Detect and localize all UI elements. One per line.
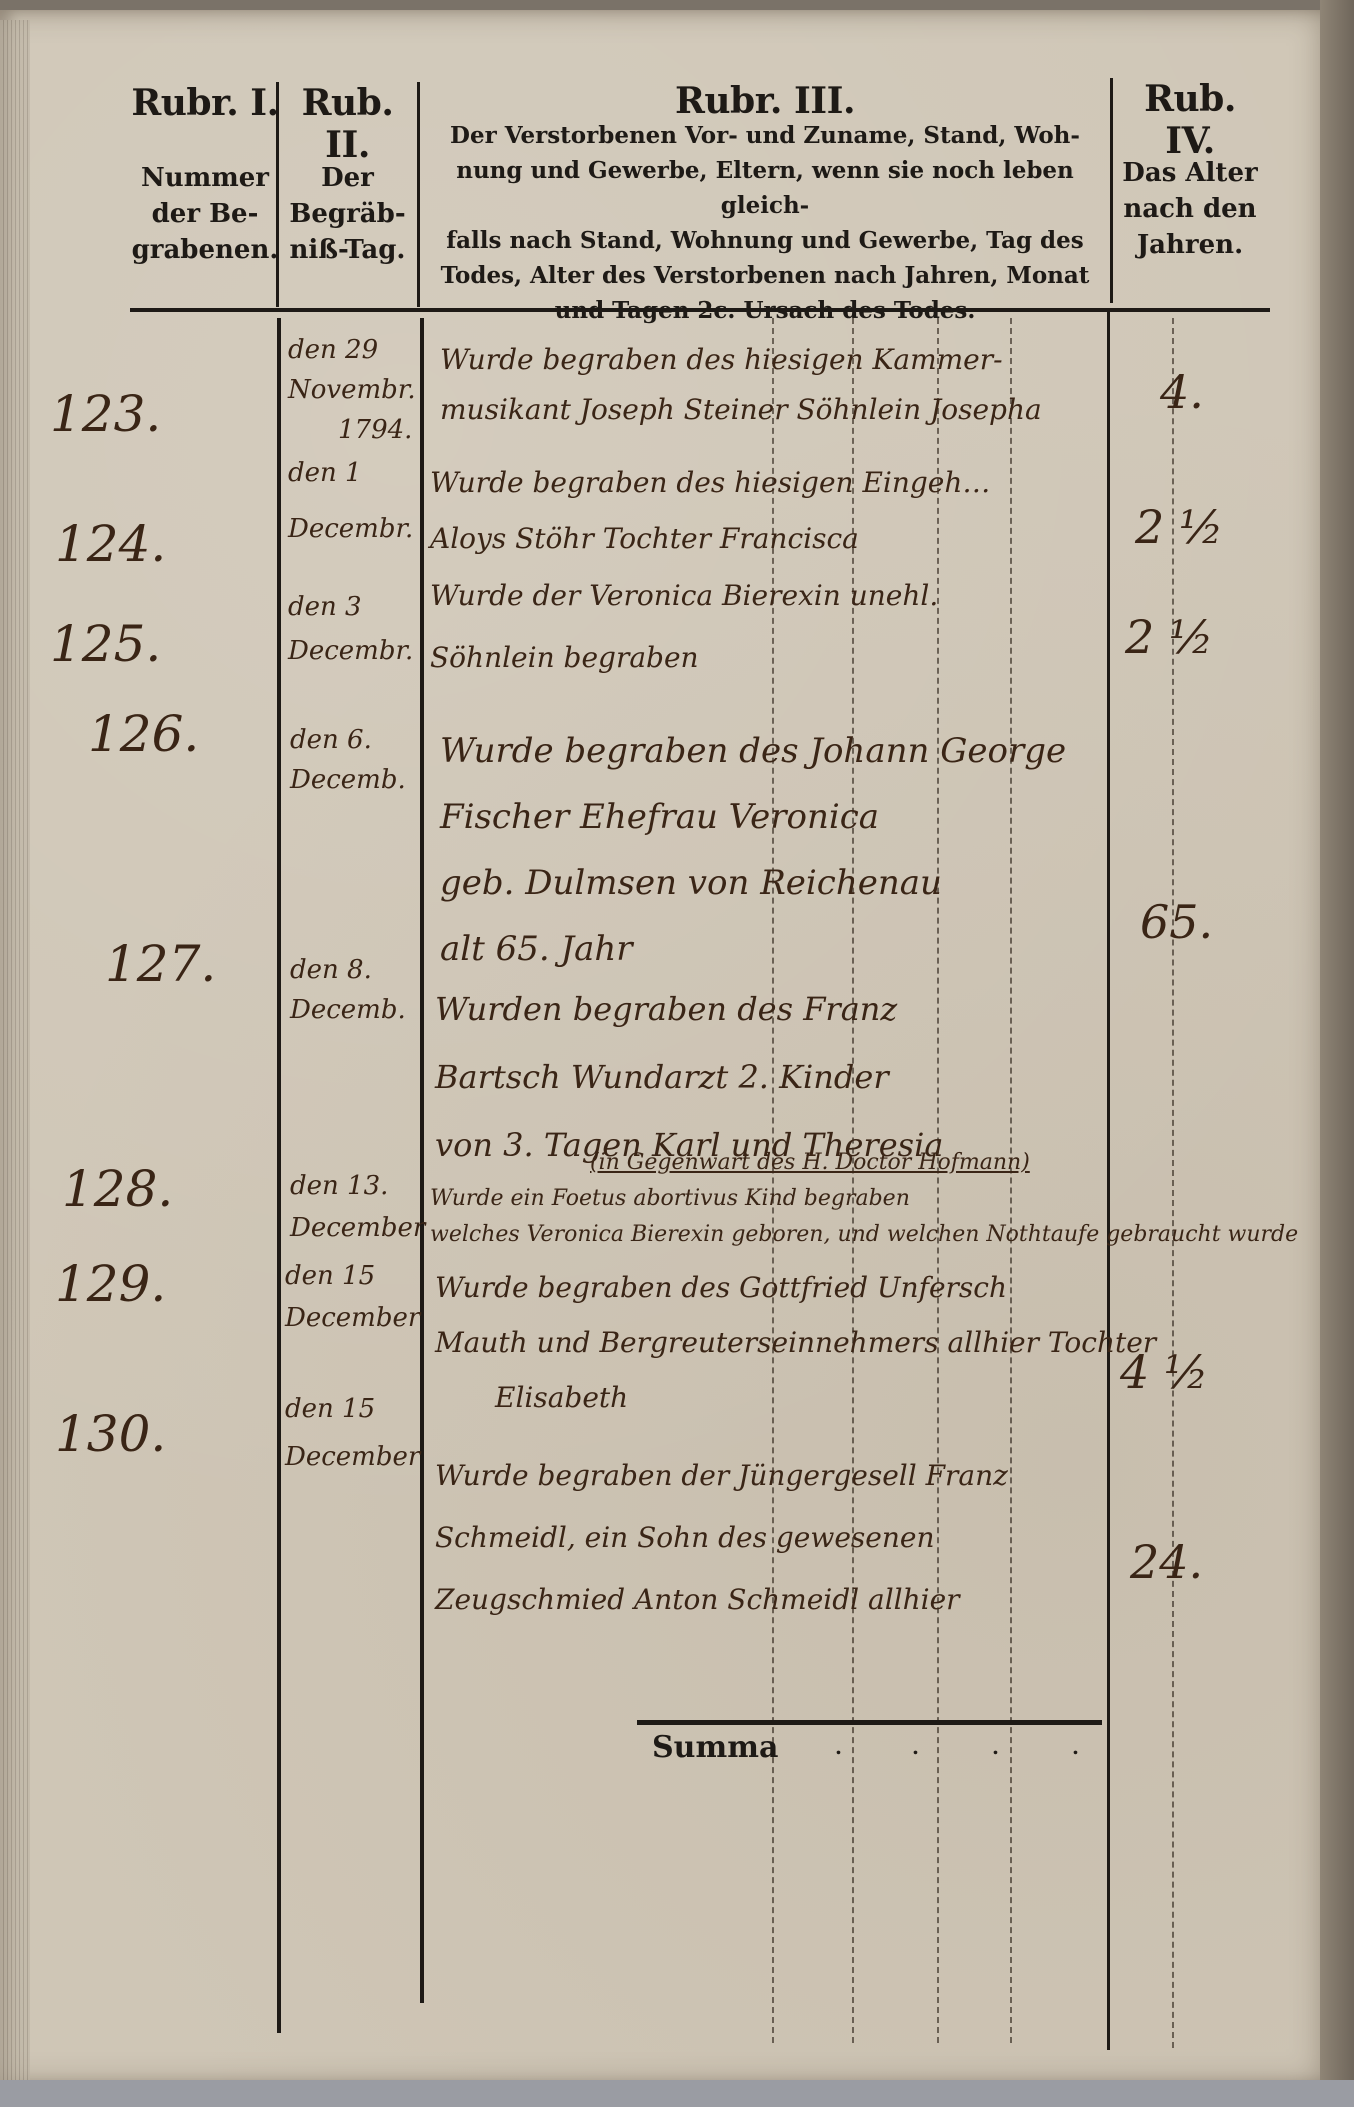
entry-date: den 15 December [285,1255,420,1339]
entry-date: den 6. Decemb. [290,720,406,800]
rubric-3-title: Rubr. III. [420,80,1110,122]
date-line: December [290,1207,425,1249]
entry-age: 24. [1130,1535,1203,1589]
text-line: Wurde der Veronica Bierexin unehl. [430,565,938,627]
text-line: Aloys Stöhr Tochter Francisca [430,511,990,567]
text-line: musikant Joseph Steiner Söhnlein Josepha [440,385,1042,435]
text-line: Wurde begraben der Jüngergesell Franz [435,1445,1008,1507]
rubric-2-title: Rub. II. [280,82,415,166]
text-line: Söhnlein begraben [430,627,938,689]
date-line: Decembr. [288,629,413,673]
text-line: Fischer Ehefrau Veronica [440,784,1066,850]
entry-number: 124. [55,515,166,573]
label-line: falls nach Stand, Wohnung und Gewerbe, T… [420,223,1110,258]
entry-text: Wurde begraben der Jüngergesell Franz Sc… [435,1445,1008,1631]
text-line: Wurde ein Foetus abortivus Kind begraben [430,1181,1298,1217]
label-line: grabenen. [130,232,280,268]
date-line: Decemb. [290,990,406,1030]
entry-number: 129. [55,1255,166,1313]
entry-number: 123. [50,385,161,443]
entry-text: Wurde begraben des hiesigen Kammer- musi… [440,335,1042,435]
entry-text: Wurde begraben des Gottfried Unfersch Ma… [435,1260,1156,1425]
text-line: welches Veronica Bierexin geboren, und w… [430,1217,1298,1253]
book-right-edge [1320,0,1354,2085]
entry-text: Wurde der Veronica Bierexin unehl. Söhnl… [430,565,938,689]
label-line: Todes, Alter des Verstorbenen nach Jahre… [420,258,1110,293]
label-line: niß-Tag. [280,232,415,268]
entry-date: den 13. December [290,1165,425,1249]
text-line: Wurde begraben des hiesigen Eingeh… [430,455,990,511]
date-line: Novembr. [288,370,416,410]
date-line: den 15 [285,1385,420,1433]
text-line: alt 65. Jahr [440,916,1066,982]
label-line: Nummer [130,160,280,196]
entry-age: 4. [1160,365,1204,419]
page-stack-edge [0,20,30,2080]
label-line: Der [280,160,415,196]
column-rule [277,318,281,2033]
summa-dot: . [992,1735,999,1759]
entry-age: 4 ½ [1120,1345,1208,1399]
text-line: Wurden begraben des Franz [435,975,943,1043]
summa-dot: . [912,1735,919,1759]
date-line: den 13. [290,1165,425,1207]
text-line: Zeugschmied Anton Schmeidl allhier [435,1569,1008,1631]
label-line: der Be- [130,196,280,232]
entry-date: den 29 Novembr. 1794. [288,330,416,450]
summa-dot: . [835,1735,842,1759]
date-line: den 1 [288,445,413,501]
rubric-4-label: Das Alter nach den Jahren. [1115,155,1265,263]
entry-number: 126. [88,705,199,763]
entry-age: 65. [1140,895,1213,949]
header-divider [1110,78,1113,303]
text-line: (in Gegenwart des H. Doctor Hofmann) [430,1145,1298,1181]
date-line: den 8. [290,950,406,990]
rubric-1-title: Rubr. I. [130,82,280,124]
date-line: December [285,1297,420,1339]
date-line: den 6. [290,720,406,760]
date-line: den 3 [288,585,413,629]
summa-rule [637,1720,1102,1725]
date-line: Decembr. [288,501,413,557]
column-rule [420,318,424,2003]
entry-date: den 1 Decembr. [288,445,413,557]
entry-text: Wurde begraben des Johann George Fischer… [440,718,1066,982]
header-divider [417,82,420,307]
label-line: Das Alter [1115,155,1265,191]
entry-age: 2 ½ [1125,610,1213,664]
summa-dot: . [1072,1735,1079,1759]
text-line: geb. Dulmsen von Reichenau [440,850,1066,916]
table-surface [0,2080,1354,2107]
summa-label: Summa [652,1730,778,1765]
date-line: 1794. [288,410,416,450]
entry-number: 125. [50,615,161,673]
header-rule [130,308,1270,312]
text-line: Elisabeth [435,1370,1156,1425]
rubric-2-label: Der Begräb- niß-Tag. [280,160,415,268]
entry-number: 128. [62,1160,173,1218]
text-line: Schmeidl, ein Sohn des gewesenen [435,1507,1008,1569]
text-line: Bartsch Wundarzt 2. Kinder [435,1043,943,1111]
entry-date: den 8. Decemb. [290,950,406,1030]
date-line: den 15 [285,1255,420,1297]
date-line: December [285,1433,420,1481]
entry-age: 2 ½ [1135,500,1223,554]
date-line: Decemb. [290,760,406,800]
entry-text: Wurde begraben des hiesigen Eingeh… Aloy… [430,455,990,567]
label-line: Begräb- [280,196,415,232]
rubric-3-label: Der Verstorbenen Vor- und Zuname, Stand,… [420,118,1110,328]
entry-number: 130. [55,1405,166,1463]
label-line: nach den [1115,191,1265,227]
label-line: nung und Gewerbe, Eltern, wenn sie noch … [420,153,1110,223]
text-line: Wurde begraben des Gottfried Unfersch [435,1260,1156,1315]
entry-number: 127. [105,935,216,993]
entry-text: (in Gegenwart des H. Doctor Hofmann) Wur… [430,1145,1298,1253]
text-line: Wurde begraben des hiesigen Kammer- [440,335,1042,385]
text-line: Wurde begraben des Johann George [440,718,1066,784]
label-line: Jahren. [1115,227,1265,263]
date-line: den 29 [288,330,416,370]
rubric-4-title: Rub. IV. [1115,78,1265,162]
header-divider [276,82,279,307]
label-line: Der Verstorbenen Vor- und Zuname, Stand,… [420,118,1110,153]
rubric-1-label: Nummer der Be- grabenen. [130,160,280,268]
entry-date: den 3 Decembr. [288,585,413,673]
entry-date: den 15 December [285,1385,420,1481]
text-line: Mauth und Bergreuterseinnehmers allhier … [435,1315,1156,1370]
